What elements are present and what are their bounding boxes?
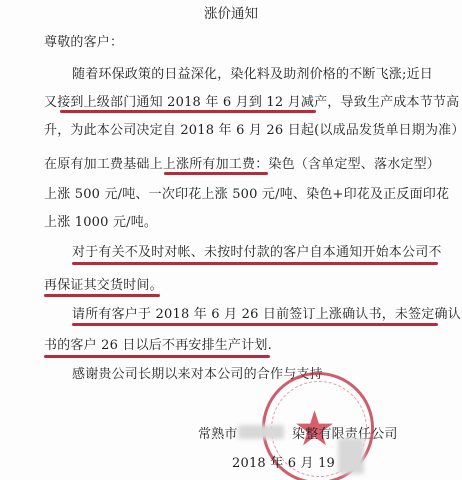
para1-line2: 又接到上级部门通知 2018 年 6 月到 12 月减产，导致生产成本节节高	[44, 91, 459, 110]
para1-line1: 随着环保政策的日益深化，染化料及助剂价格的不断飞涨;近日	[72, 63, 433, 82]
underline-para3-2	[44, 355, 270, 358]
document-title: 涨价通知	[0, 2, 462, 22]
para2-line2: 再保证其交货时间。	[44, 274, 163, 293]
redacted-area	[338, 438, 364, 474]
para1-line3: 升，为此本公司决定自 2018 年 6 月 26 日起(以成品发货单日期为准）	[44, 119, 462, 138]
para1-line4: 在原有加工费基础上上涨所有加工费：染色（含单定型、落水定型）	[44, 153, 440, 172]
para1-line6: 上涨 1000 元/吨。	[44, 211, 157, 230]
underline-para3-1	[72, 323, 438, 326]
para3-line2: 书的客户 26 日以后不再安排生产计划.	[44, 334, 272, 353]
underline-para2-1	[72, 262, 438, 265]
para1-line5: 上涨 500 元/吨、一次印花上涨 500 元/吨、染色+印花及正反面印花	[44, 183, 449, 202]
redacted-company-name	[238, 425, 284, 439]
underline-reduction	[60, 110, 316, 113]
para3-line1: 请所有客户于 2018 年 6 月 26 日前签订上涨确认书，未签定确认	[72, 303, 461, 322]
underline-price-increase	[164, 172, 268, 175]
closing: 感谢贵公司长期以来对本公司的合作与支持	[72, 363, 323, 382]
notice-document: 涨价通知 尊敬的客户： 随着环保政策的日益深化，染化料及助剂价格的不断飞涨;近日…	[0, 0, 462, 480]
signature-date: 2018 年 6 月 19 日	[232, 452, 353, 471]
para2-line1: 对于有关不及时对帐、未按时付款的客户自本通知开始本公司不	[72, 241, 442, 260]
underline-para2-2	[44, 294, 160, 297]
salutation: 尊敬的客户：	[44, 31, 123, 50]
company-prefix: 常熟市	[198, 423, 238, 442]
